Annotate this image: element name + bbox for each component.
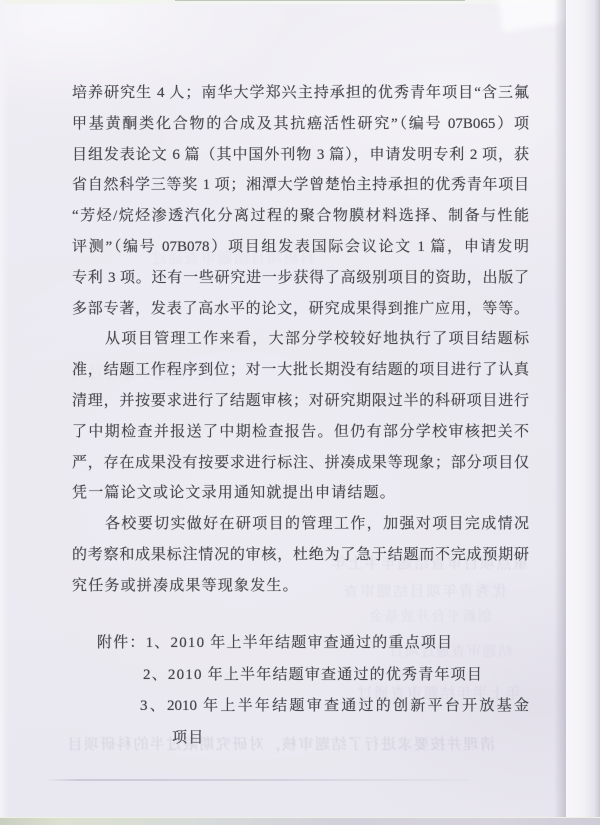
body-text-line: 目组发表论文 6 篇（其中国外刊物 3 篇），申请发明专利 2 项，获 (72, 140, 529, 171)
attachment-line: 附件：1、2010 年上半年结题审查通过的重点项目 (97, 628, 529, 660)
scanned-document-page: { "colors": { "paper": "#eae8f0", "ink":… (0, 0, 600, 825)
body-text-line: 究任务或拼凑成果等现象发生。 (72, 571, 529, 602)
body-text-line: 各校要切实做好在研项目的管理工作，加强对项目完成情况 (72, 509, 529, 540)
scan-bottom-edge (0, 817, 600, 825)
body-text-line: 专利 3 项。还有一些研究进一步获得了高级别项目的资助，出版了 (72, 263, 529, 294)
body-text-line: 评测”（编号 07B078）项目组发表国际会议论文 1 篇，申请发明 (72, 232, 529, 263)
body-text-line: 的考察和成果标注情况的审核，杜绝为了急于结题而不完成预期研 (72, 540, 529, 571)
attachment-line: 2、2010 年上半年结题审查通过的优秀青年项目 (143, 660, 529, 692)
scan-left-edge (0, 0, 9, 825)
body-text-line: 从项目管理工作来看，大部分学校较好地执行了项目结题标 (72, 324, 529, 355)
body-text-line: 准，结题工作程序到位；对一大批长期没有结题的项目进行了认真 (72, 355, 529, 386)
body-text-line: 了中期检查并报送了中期检查报告。但仍有部分学校审核把关不 (72, 417, 529, 448)
body-text-line: 培养研究生 4 人；南华大学郑兴主持承担的优秀青年项目“含三氟 (72, 78, 529, 109)
body-text-line: “芳烃/烷烃渗透汽化分离过程的聚合物膜材料选择、制备与性能 (72, 201, 529, 232)
paper-crease-line (45, 779, 470, 781)
attachment-line: 3、2010 年上半年结题审查通过的创新平台开放基金 (140, 691, 529, 723)
page-curl-right (566, 0, 600, 825)
body-text-line: 省自然科学三等奖 1 项；湘潭大学曾楚怡主持承担的优秀青年项目 (72, 170, 529, 201)
page-fold-shadow (554, 0, 566, 825)
scan-top-edge-line (175, 0, 465, 1)
attachment-list: 附件：1、2010 年上半年结题审查通过的重点项目2、2010 年上半年结题审查… (72, 628, 529, 754)
body-text-line: 凭一篇论文或论文录用通知就提出申请结题。 (72, 478, 529, 509)
bleedthrough-text: 创新平台开放基金 (368, 606, 492, 626)
body-text-line: 多部专著，发表了高水平的论文，研究成果得到推广应用，等等。 (72, 294, 529, 325)
body-text-line: 甲基黄酮类化合物的合成及其抗癌活性研究”（编号 07B065）项 (72, 109, 529, 140)
body-text-line: 严，存在成果没有按要求进行标注、拼凑成果等现象；部分项目仅 (72, 448, 529, 479)
body-text-line: 清理，并按要求进行了结题审核；对研究期限过半的科研项目进行 (72, 386, 529, 417)
attachment-line: 项目 (172, 723, 529, 755)
document-body-text: 培养研究生 4 人；南华大学郑兴主持承担的优秀青年项目“含三氟甲基黄酮类化合物的… (72, 78, 529, 602)
